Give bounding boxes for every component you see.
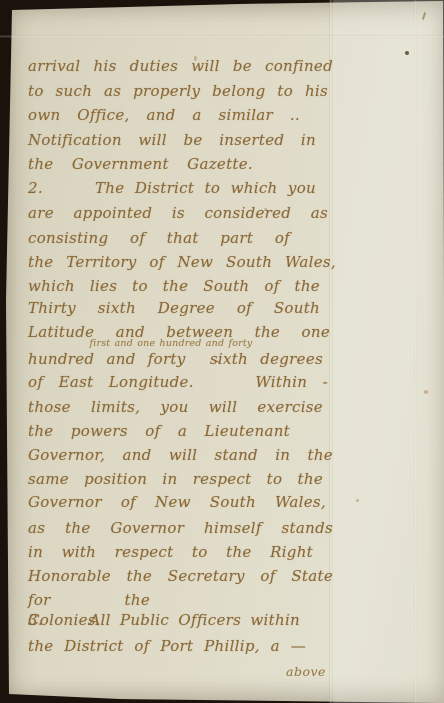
manuscript-line: which lies to the South of the xyxy=(28,276,320,297)
interlined-insertion: first and one hundred and forty xyxy=(64,338,278,349)
foxing-spot xyxy=(356,499,359,502)
manuscript-line: the Government Gazette. xyxy=(28,154,253,175)
manuscript-line-numbered: 2. The District to which you xyxy=(28,178,316,199)
paper-fold-panel xyxy=(333,0,444,703)
manuscript-line: the Territory of New South Wales, xyxy=(28,252,336,273)
manuscript-line: Governor of New South Wales, xyxy=(28,492,326,513)
manuscript-line: in with respect to the Right xyxy=(28,542,313,563)
manuscript-line: same position in respect to the xyxy=(28,469,323,490)
manuscript-line: those limits, you will exercise xyxy=(28,397,323,418)
manuscript-line: the powers of a Lieutenant xyxy=(28,421,290,442)
manuscript-line: Notification will be inserted in xyxy=(28,130,316,151)
manuscript-line-numbered: 3. All Public Officers within xyxy=(28,610,300,631)
foxing-spot xyxy=(405,51,409,55)
manuscript-scan: { "document": { "kind": "handwritten-man… xyxy=(0,0,444,703)
manuscript-line: hundred and forty sixth degrees xyxy=(28,349,323,370)
manuscript-line: of East Longitude. Within - xyxy=(28,372,328,393)
manuscript-line: as the Governor himself stands xyxy=(28,518,333,539)
manuscript-line: Thirty sixth Degree of South xyxy=(28,298,320,319)
insertion-caret: ^ xyxy=(213,360,221,371)
manuscript-line: Governor, and will stand in the xyxy=(28,445,333,466)
manuscript-line: own Office, and a similar .. xyxy=(28,105,300,126)
manuscript-line: to such as properly belong to his xyxy=(28,81,328,102)
foxing-spot xyxy=(424,390,428,394)
manuscript-line: consisting of that part of xyxy=(28,228,290,249)
catchword: above xyxy=(286,664,326,679)
manuscript-line: the District of Port Phillip, a — xyxy=(28,636,306,657)
manuscript-line: Honorable the Secretary of State xyxy=(28,566,333,587)
manuscript-line: arrival his duties will be confined xyxy=(28,56,333,77)
manuscript-line: for the Colonies. xyxy=(28,590,150,611)
manuscript-line: are appointed is considered as xyxy=(28,203,328,224)
